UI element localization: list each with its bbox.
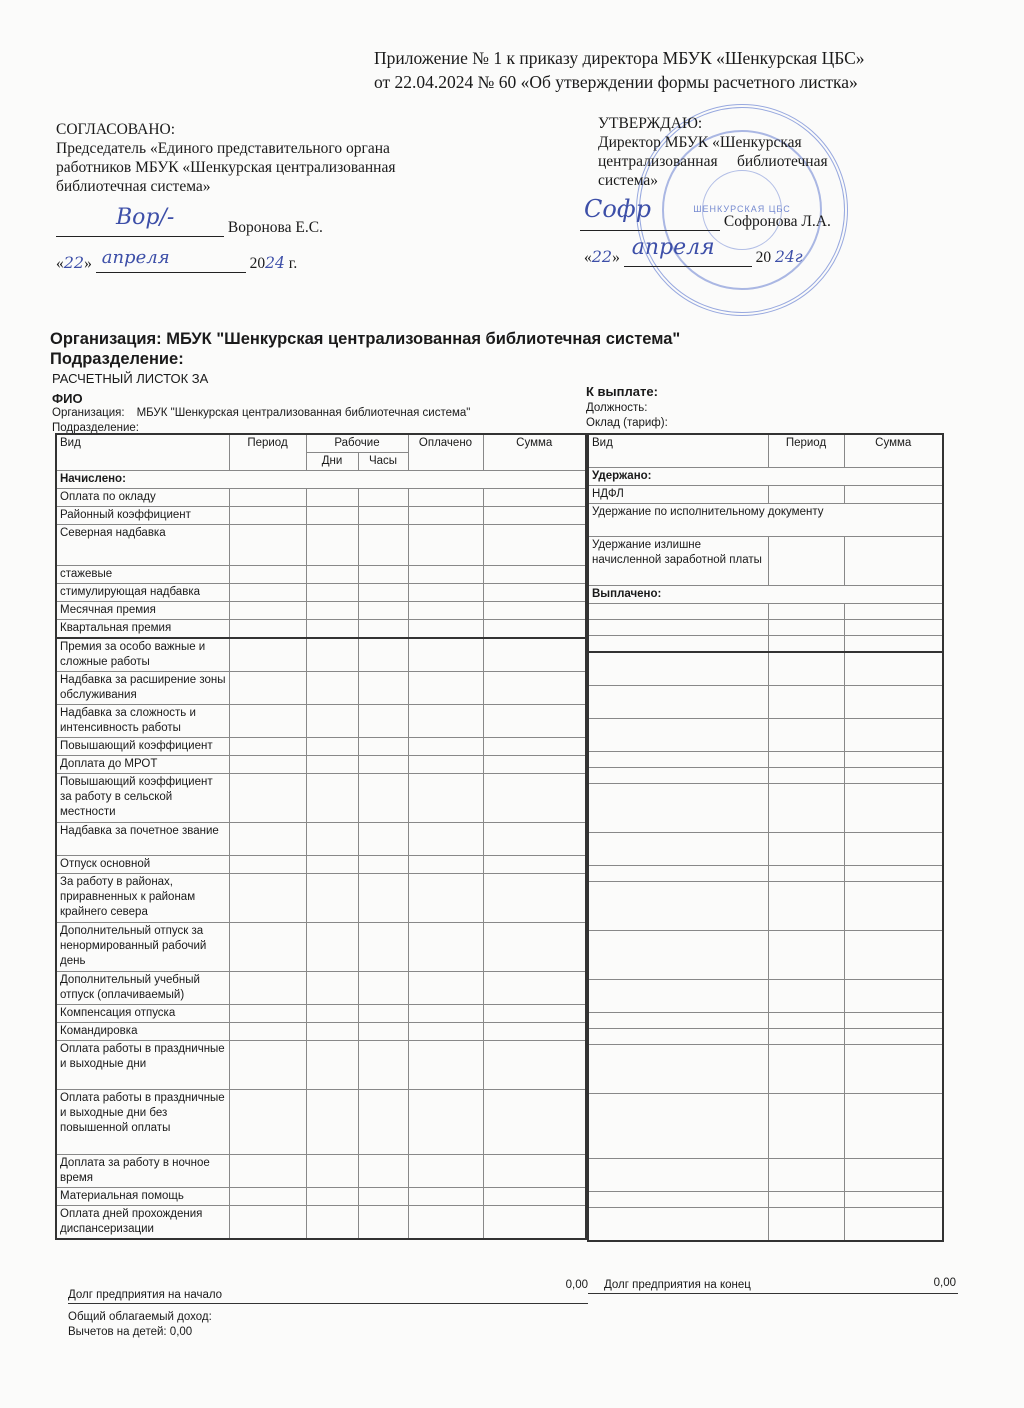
- deduction-type: [588, 1045, 768, 1094]
- accrual-hours-cell: [358, 638, 408, 672]
- accrual-days-cell: [306, 1023, 358, 1041]
- accrual-days-cell: [306, 566, 358, 584]
- to-pay-label: К выплате:: [586, 384, 658, 399]
- accrual-days-cell: [306, 507, 358, 525]
- accrual-paid-cell: [408, 856, 483, 874]
- accrual-row: Материальная помощь: [56, 1188, 586, 1206]
- withheld-section: Удержано:: [588, 468, 943, 486]
- accrual-sum-cell: [483, 1023, 586, 1041]
- accrual-days-cell: [306, 525, 358, 566]
- deduction-type: [588, 1029, 768, 1045]
- accrual-hours-cell: [358, 602, 408, 620]
- appendix-line-2: от 22.04.2024 № 60 «Об утверждении формы…: [374, 70, 865, 94]
- deduction-row: [588, 931, 943, 980]
- deduction-row: [588, 636, 943, 653]
- accrual-hours-cell: [358, 672, 408, 705]
- accrual-hours-cell: [358, 756, 408, 774]
- accrual-days-cell: [306, 1041, 358, 1090]
- accrual-sum-cell: [483, 566, 586, 584]
- accrual-type: Доплата до МРОТ: [56, 756, 229, 774]
- deduction-row: [588, 1045, 943, 1094]
- deduction-sum-cell: [844, 620, 943, 636]
- deduction-period-cell: [768, 604, 844, 620]
- accrual-type: Северная надбавка: [56, 525, 229, 566]
- accrual-type: стажевые: [56, 566, 229, 584]
- accrual-paid-cell: [408, 525, 483, 566]
- accrual-row: Доплата за работу в ночное время: [56, 1155, 586, 1188]
- accrual-paid-cell: [408, 1188, 483, 1206]
- accrual-days-cell: [306, 1155, 358, 1188]
- accrual-row: Премия за особо важные и сложные работы: [56, 638, 586, 672]
- deduction-type: Удержано:: [588, 468, 943, 486]
- deduction-sum-cell: [844, 652, 943, 686]
- accrual-hours-cell: [358, 738, 408, 756]
- accrual-sum-cell: [483, 1206, 586, 1240]
- agreed-date-month-line: апреля: [96, 254, 246, 273]
- approved-date-month-line: апреля: [624, 248, 752, 267]
- deduction-period-cell: [768, 882, 844, 931]
- accrual-hours-cell: [358, 774, 408, 823]
- deduction-row: [588, 833, 943, 866]
- payslip-title: РАСЧЕТНЫЙ ЛИСТОК ЗА: [52, 371, 208, 386]
- approved-line-3: система»: [598, 171, 928, 190]
- deduction-row: [588, 1159, 943, 1192]
- deduction-type: [588, 752, 768, 768]
- deduction-row: Удержание по исполнительному документу: [588, 504, 943, 537]
- accrual-paid-cell: [408, 774, 483, 823]
- accrual-period-cell: [229, 823, 306, 856]
- accrual-row: Месячная премия: [56, 602, 586, 620]
- accrual-hours-cell: [358, 923, 408, 972]
- accrual-paid-cell: [408, 756, 483, 774]
- deduction-type: [588, 784, 768, 833]
- deduction-period-cell: [768, 784, 844, 833]
- accrual-days-cell: [306, 1090, 358, 1155]
- subdivision-title: Подразделение:: [50, 350, 184, 369]
- accrual-type: Дополнительный учебный отпуск (оплачивае…: [56, 972, 229, 1005]
- accrual-paid-cell: [408, 1155, 483, 1188]
- accrual-period-cell: [229, 620, 306, 639]
- accrual-paid-cell: [408, 672, 483, 705]
- accrual-row: Оплата работы в праздничные и выходные д…: [56, 1090, 586, 1155]
- deduction-type: [588, 1192, 768, 1208]
- agreed-signature: Вор/-: [116, 208, 174, 227]
- debt-start-row: Долг предприятия на начало 0,00: [68, 1289, 588, 1304]
- col-period-header: Период: [229, 434, 306, 471]
- accrual-period-cell: [229, 756, 306, 774]
- accrual-row: Дополнительный учебный отпуск (оплачивае…: [56, 972, 586, 1005]
- accrual-period-cell: [229, 566, 306, 584]
- deduction-period-cell: [768, 636, 844, 653]
- accrual-paid-cell: [408, 1041, 483, 1090]
- col-hours-header: Часы: [358, 453, 408, 471]
- accrual-hours-cell: [358, 1090, 408, 1155]
- debt-end-value: 0,00: [934, 1277, 956, 1289]
- accrual-paid-cell: [408, 1023, 483, 1041]
- accrual-sum-cell: [483, 1188, 586, 1206]
- accrual-days-cell: [306, 738, 358, 756]
- deduction-sum-cell: [844, 1094, 943, 1159]
- deduction-row: [588, 866, 943, 882]
- accrual-row: Доплата до МРОТ: [56, 756, 586, 774]
- accrual-sum-cell: [483, 602, 586, 620]
- right-col-period-header: Период: [768, 434, 844, 468]
- accrual-days-cell: [306, 774, 358, 823]
- deduction-row: НДФЛ: [588, 486, 943, 504]
- accrual-sum-cell: [483, 923, 586, 972]
- accrual-row: Дополнительный отпуск за ненормированный…: [56, 923, 586, 972]
- accrual-period-cell: [229, 1188, 306, 1206]
- accrual-sum-cell: [483, 1005, 586, 1023]
- accrual-period-cell: [229, 602, 306, 620]
- accrual-sum-cell: [483, 584, 586, 602]
- accrual-days-cell: [306, 756, 358, 774]
- accrual-period-cell: [229, 1155, 306, 1188]
- accrual-period-cell: [229, 774, 306, 823]
- accrual-type: Надбавка за сложность и интенсивность ра…: [56, 705, 229, 738]
- accrual-period-cell: [229, 525, 306, 566]
- deduction-period-cell: [768, 752, 844, 768]
- deduction-period-cell: [768, 1208, 844, 1242]
- accrual-days-cell: [306, 1188, 358, 1206]
- accrual-days-cell: [306, 620, 358, 639]
- accrual-sum-cell: [483, 638, 586, 672]
- deduction-sum-cell: [844, 866, 943, 882]
- deduction-sum-cell: [844, 1159, 943, 1192]
- accrual-paid-cell: [408, 874, 483, 923]
- deduction-row: [588, 620, 943, 636]
- organization-label: Организация:: [52, 407, 125, 419]
- col-days-header: Дни: [306, 453, 358, 471]
- accrual-period-cell: [229, 1005, 306, 1023]
- accrual-type: За работу в районах, приравненных к райо…: [56, 874, 229, 923]
- deduction-sum-cell: [844, 1192, 943, 1208]
- agreed-block: СОГЛАСОВАНО: Председатель «Единого предс…: [56, 120, 476, 273]
- accrual-type: Месячная премия: [56, 602, 229, 620]
- deduction-type: [588, 719, 768, 752]
- accrual-paid-cell: [408, 566, 483, 584]
- deduction-sum-cell: [844, 833, 943, 866]
- deduction-period-cell: [768, 931, 844, 980]
- right-col-type-header: Вид: [588, 434, 768, 468]
- accrual-row: Командировка: [56, 1023, 586, 1041]
- deduction-sum-cell: [844, 1208, 943, 1242]
- accrual-period-cell: [229, 489, 306, 507]
- accrual-row: Компенсация отпуска: [56, 1005, 586, 1023]
- deduction-type: [588, 1013, 768, 1029]
- agreed-year-suffix: 24: [265, 254, 285, 272]
- accrual-row: Районный коэффициент: [56, 507, 586, 525]
- deduction-type: [588, 768, 768, 784]
- debt-start-label: Долг предприятия на начало: [68, 1289, 222, 1301]
- accrual-type: стимулирующая надбавка: [56, 584, 229, 602]
- position-label: Должность:: [586, 402, 647, 414]
- deduction-type: [588, 620, 768, 636]
- deduction-row: [588, 1013, 943, 1029]
- salary-label: Оклад (тариф):: [586, 417, 668, 429]
- deduction-period-cell: [768, 866, 844, 882]
- accrual-paid-cell: [408, 923, 483, 972]
- accrual-days-cell: [306, 638, 358, 672]
- agreed-year-prefix: 20: [250, 255, 266, 272]
- approved-line-1: Директор МБУК «Шенкурская: [598, 133, 928, 152]
- accrual-paid-cell: [408, 620, 483, 639]
- deduction-row: Удержание излишне начисленной заработной…: [588, 537, 943, 586]
- accrual-type: Надбавка за расширение зоны обслуживания: [56, 672, 229, 705]
- accrual-days-cell: [306, 1206, 358, 1240]
- accrual-period-cell: [229, 672, 306, 705]
- accrual-type: Надбавка за почетное звание: [56, 823, 229, 856]
- accrued-section-label: Начислено:: [56, 471, 586, 489]
- accrual-days-cell: [306, 489, 358, 507]
- deduction-row: [588, 1094, 943, 1159]
- agreed-date-day: 22: [64, 253, 84, 272]
- accrual-type: Премия за особо важные и сложные работы: [56, 638, 229, 672]
- deduction-period-cell: [768, 1159, 844, 1192]
- accrual-type: Повышающий коэффициент: [56, 738, 229, 756]
- deduction-type: [588, 1094, 768, 1159]
- accrual-type: Компенсация отпуска: [56, 1005, 229, 1023]
- accrual-paid-cell: [408, 602, 483, 620]
- accrual-hours-cell: [358, 620, 408, 639]
- deduction-type: Удержание излишне начисленной заработной…: [588, 537, 768, 586]
- agreed-date-month: апреля: [102, 248, 170, 267]
- accrual-type: Оплата дней прохождения диспансеризации: [56, 1206, 229, 1240]
- accrual-type: Районный коэффициент: [56, 507, 229, 525]
- accrual-row: Повышающий коэффициент: [56, 738, 586, 756]
- deduction-type: [588, 1208, 768, 1242]
- accruals-table: Вид Период Рабочие Оплачено Сумма Дни Ча…: [55, 433, 587, 1240]
- accrual-period-cell: [229, 1206, 306, 1240]
- deduction-sum-cell: [844, 686, 943, 719]
- deduction-period-cell: [768, 719, 844, 752]
- approved-line-2: централизованная библиотечная: [598, 152, 928, 171]
- accrual-period-cell: [229, 1041, 306, 1090]
- accrual-days-cell: [306, 602, 358, 620]
- approved-date-month: апреля: [632, 238, 715, 257]
- deduction-period-cell: [768, 620, 844, 636]
- accrual-row: стажевые: [56, 566, 586, 584]
- deduction-period-cell: [768, 486, 844, 504]
- accrual-row: Оплата работы в праздничные и выходные д…: [56, 1041, 586, 1090]
- agreed-title: СОГЛАСОВАНО:: [56, 120, 476, 139]
- paid-section: Выплачено:: [588, 586, 943, 604]
- accrual-row: Повышающий коэффициент за работу в сельс…: [56, 774, 586, 823]
- deduction-row: [588, 686, 943, 719]
- accrual-period-cell: [229, 738, 306, 756]
- deduction-row: [588, 1208, 943, 1242]
- accrual-type: Повышающий коэффициент за работу в сельс…: [56, 774, 229, 823]
- accrual-paid-cell: [408, 584, 483, 602]
- accrual-sum-cell: [483, 1041, 586, 1090]
- col-sum-header: Сумма: [483, 434, 586, 471]
- deduction-type: Удержание по исполнительному документу: [588, 504, 943, 537]
- deduction-type: [588, 652, 768, 686]
- accrual-row: стимулирующая надбавка: [56, 584, 586, 602]
- deductions-table: Вид Период Сумма Удержано:НДФЛУдержание …: [587, 433, 944, 1242]
- agreed-year-tail: г.: [289, 255, 297, 272]
- accrual-period-cell: [229, 923, 306, 972]
- deduction-type: [588, 1159, 768, 1192]
- taxable-income-label: Общий облагаемый доход:: [68, 1311, 212, 1323]
- deduction-period-cell: [768, 1045, 844, 1094]
- deduction-row: [588, 784, 943, 833]
- deduction-sum-cell: [844, 768, 943, 784]
- accrual-sum-cell: [483, 1155, 586, 1188]
- accrual-paid-cell: [408, 823, 483, 856]
- deduction-type: НДФЛ: [588, 486, 768, 504]
- accrual-hours-cell: [358, 1206, 408, 1240]
- accrual-hours-cell: [358, 1041, 408, 1090]
- agreed-name: Воронова Е.С.: [228, 219, 323, 236]
- debt-end-row: Долг предприятия на конец 0,00: [588, 1279, 958, 1294]
- accrual-hours-cell: [358, 584, 408, 602]
- deduction-row: [588, 604, 943, 620]
- accrual-hours-cell: [358, 1023, 408, 1041]
- deduction-sum-cell: [844, 636, 943, 653]
- accrual-hours-cell: [358, 874, 408, 923]
- accrual-period-cell: [229, 638, 306, 672]
- approved-name: Софронова Л.А.: [724, 213, 831, 230]
- accrual-sum-cell: [483, 705, 586, 738]
- accrual-sum-cell: [483, 672, 586, 705]
- accrual-sum-cell: [483, 756, 586, 774]
- right-col-sum-header: Сумма: [844, 434, 943, 468]
- col-paid-header: Оплачено: [408, 434, 483, 471]
- deduction-sum-cell: [844, 1045, 943, 1094]
- accrual-paid-cell: [408, 738, 483, 756]
- deduction-period-cell: [768, 686, 844, 719]
- accrual-row: Оплата дней прохождения диспансеризации: [56, 1206, 586, 1240]
- accrual-paid-cell: [408, 972, 483, 1005]
- accrual-row: Надбавка за сложность и интенсивность ра…: [56, 705, 586, 738]
- accrual-row: Надбавка за почетное звание: [56, 823, 586, 856]
- accrual-type: Оплата работы в праздничные и выходные д…: [56, 1090, 229, 1155]
- organization-value: МБУК "Шенкурская централизованная библио…: [137, 407, 471, 419]
- deduction-period-cell: [768, 1094, 844, 1159]
- accrual-sum-cell: [483, 874, 586, 923]
- accrual-days-cell: [306, 1005, 358, 1023]
- accrual-row: Оплата по окладу: [56, 489, 586, 507]
- deduction-period-cell: [768, 652, 844, 686]
- deduction-sum-cell: [844, 1013, 943, 1029]
- deduction-row: [588, 719, 943, 752]
- accrual-sum-cell: [483, 489, 586, 507]
- deduction-sum-cell: [844, 931, 943, 980]
- accrual-hours-cell: [358, 1188, 408, 1206]
- accrual-type: Квартальная премия: [56, 620, 229, 639]
- deduction-sum-cell: [844, 1029, 943, 1045]
- accrual-days-cell: [306, 972, 358, 1005]
- accrual-period-cell: [229, 584, 306, 602]
- accrual-period-cell: [229, 1090, 306, 1155]
- accrual-sum-cell: [483, 620, 586, 639]
- deduction-period-cell: [768, 980, 844, 1013]
- deduction-period-cell: [768, 1029, 844, 1045]
- accrual-hours-cell: [358, 525, 408, 566]
- accrual-days-cell: [306, 584, 358, 602]
- accrual-paid-cell: [408, 1090, 483, 1155]
- accrual-row: Северная надбавка: [56, 525, 586, 566]
- accrual-row: Надбавка за расширение зоны обслуживания: [56, 672, 586, 705]
- deduction-type: [588, 604, 768, 620]
- deduction-period-cell: [768, 833, 844, 866]
- deduction-row: [588, 768, 943, 784]
- accrual-row: Отпуск основной: [56, 856, 586, 874]
- fio-label: ФИО: [52, 391, 83, 406]
- deduction-sum-cell: [844, 604, 943, 620]
- col-working-header: Рабочие: [306, 434, 408, 453]
- accrual-type: Оплата по окладу: [56, 489, 229, 507]
- deduction-row: [588, 1192, 943, 1208]
- accrual-paid-cell: [408, 1206, 483, 1240]
- deduction-type: [588, 833, 768, 866]
- approved-signature-line: Софр: [580, 210, 720, 231]
- deduction-sum-cell: [844, 882, 943, 931]
- organization-line: Организация:МБУК "Шенкурская централизов…: [52, 407, 470, 419]
- accrual-hours-cell: [358, 823, 408, 856]
- accrual-paid-cell: [408, 507, 483, 525]
- deduction-type: [588, 866, 768, 882]
- deduction-type: [588, 636, 768, 653]
- accrual-sum-cell: [483, 525, 586, 566]
- accrual-sum-cell: [483, 774, 586, 823]
- accrual-row: Квартальная премия: [56, 620, 586, 639]
- deduction-sum-cell: [844, 486, 943, 504]
- approved-year-suffix: 24г: [775, 248, 803, 266]
- accrual-paid-cell: [408, 489, 483, 507]
- approved-signature: Софр: [584, 200, 651, 219]
- agreed-line-2: работников МБУК «Шенкурская централизова…: [56, 158, 476, 177]
- accrual-days-cell: [306, 923, 358, 972]
- deduction-period-cell: [768, 1192, 844, 1208]
- agreed-signature-line: Вор/-: [56, 216, 224, 237]
- accrual-hours-cell: [358, 972, 408, 1005]
- deduction-type: [588, 686, 768, 719]
- child-deductions-label: Вычетов на детей: 0,00: [68, 1326, 192, 1338]
- accrual-days-cell: [306, 672, 358, 705]
- deduction-sum-cell: [844, 537, 943, 586]
- accrual-days-cell: [306, 874, 358, 923]
- accrual-period-cell: [229, 1023, 306, 1041]
- agreed-line-1: Председатель «Единого представительного …: [56, 139, 476, 158]
- deduction-type: Выплачено:: [588, 586, 943, 604]
- approved-title: УТВЕРЖДАЮ:: [598, 114, 928, 133]
- accrual-period-cell: [229, 874, 306, 923]
- accrual-hours-cell: [358, 705, 408, 738]
- accrual-days-cell: [306, 856, 358, 874]
- appendix-line-1: Приложение № 1 к приказу директора МБУК …: [374, 46, 865, 70]
- accrual-sum-cell: [483, 507, 586, 525]
- deduction-type: [588, 882, 768, 931]
- accrual-days-cell: [306, 823, 358, 856]
- deduction-type: [588, 931, 768, 980]
- deduction-sum-cell: [844, 784, 943, 833]
- accrual-hours-cell: [358, 566, 408, 584]
- accrual-hours-cell: [358, 507, 408, 525]
- approved-date-day: 22: [592, 247, 612, 266]
- accrual-row: За работу в районах, приравненных к райо…: [56, 874, 586, 923]
- accrual-type: Доплата за работу в ночное время: [56, 1155, 229, 1188]
- accrual-paid-cell: [408, 1005, 483, 1023]
- deduction-type: [588, 980, 768, 1013]
- deduction-period-cell: [768, 1013, 844, 1029]
- accrual-period-cell: [229, 856, 306, 874]
- deduction-row: [588, 652, 943, 686]
- accrual-hours-cell: [358, 1155, 408, 1188]
- appendix-header: Приложение № 1 к приказу директора МБУК …: [374, 46, 865, 94]
- accrual-sum-cell: [483, 738, 586, 756]
